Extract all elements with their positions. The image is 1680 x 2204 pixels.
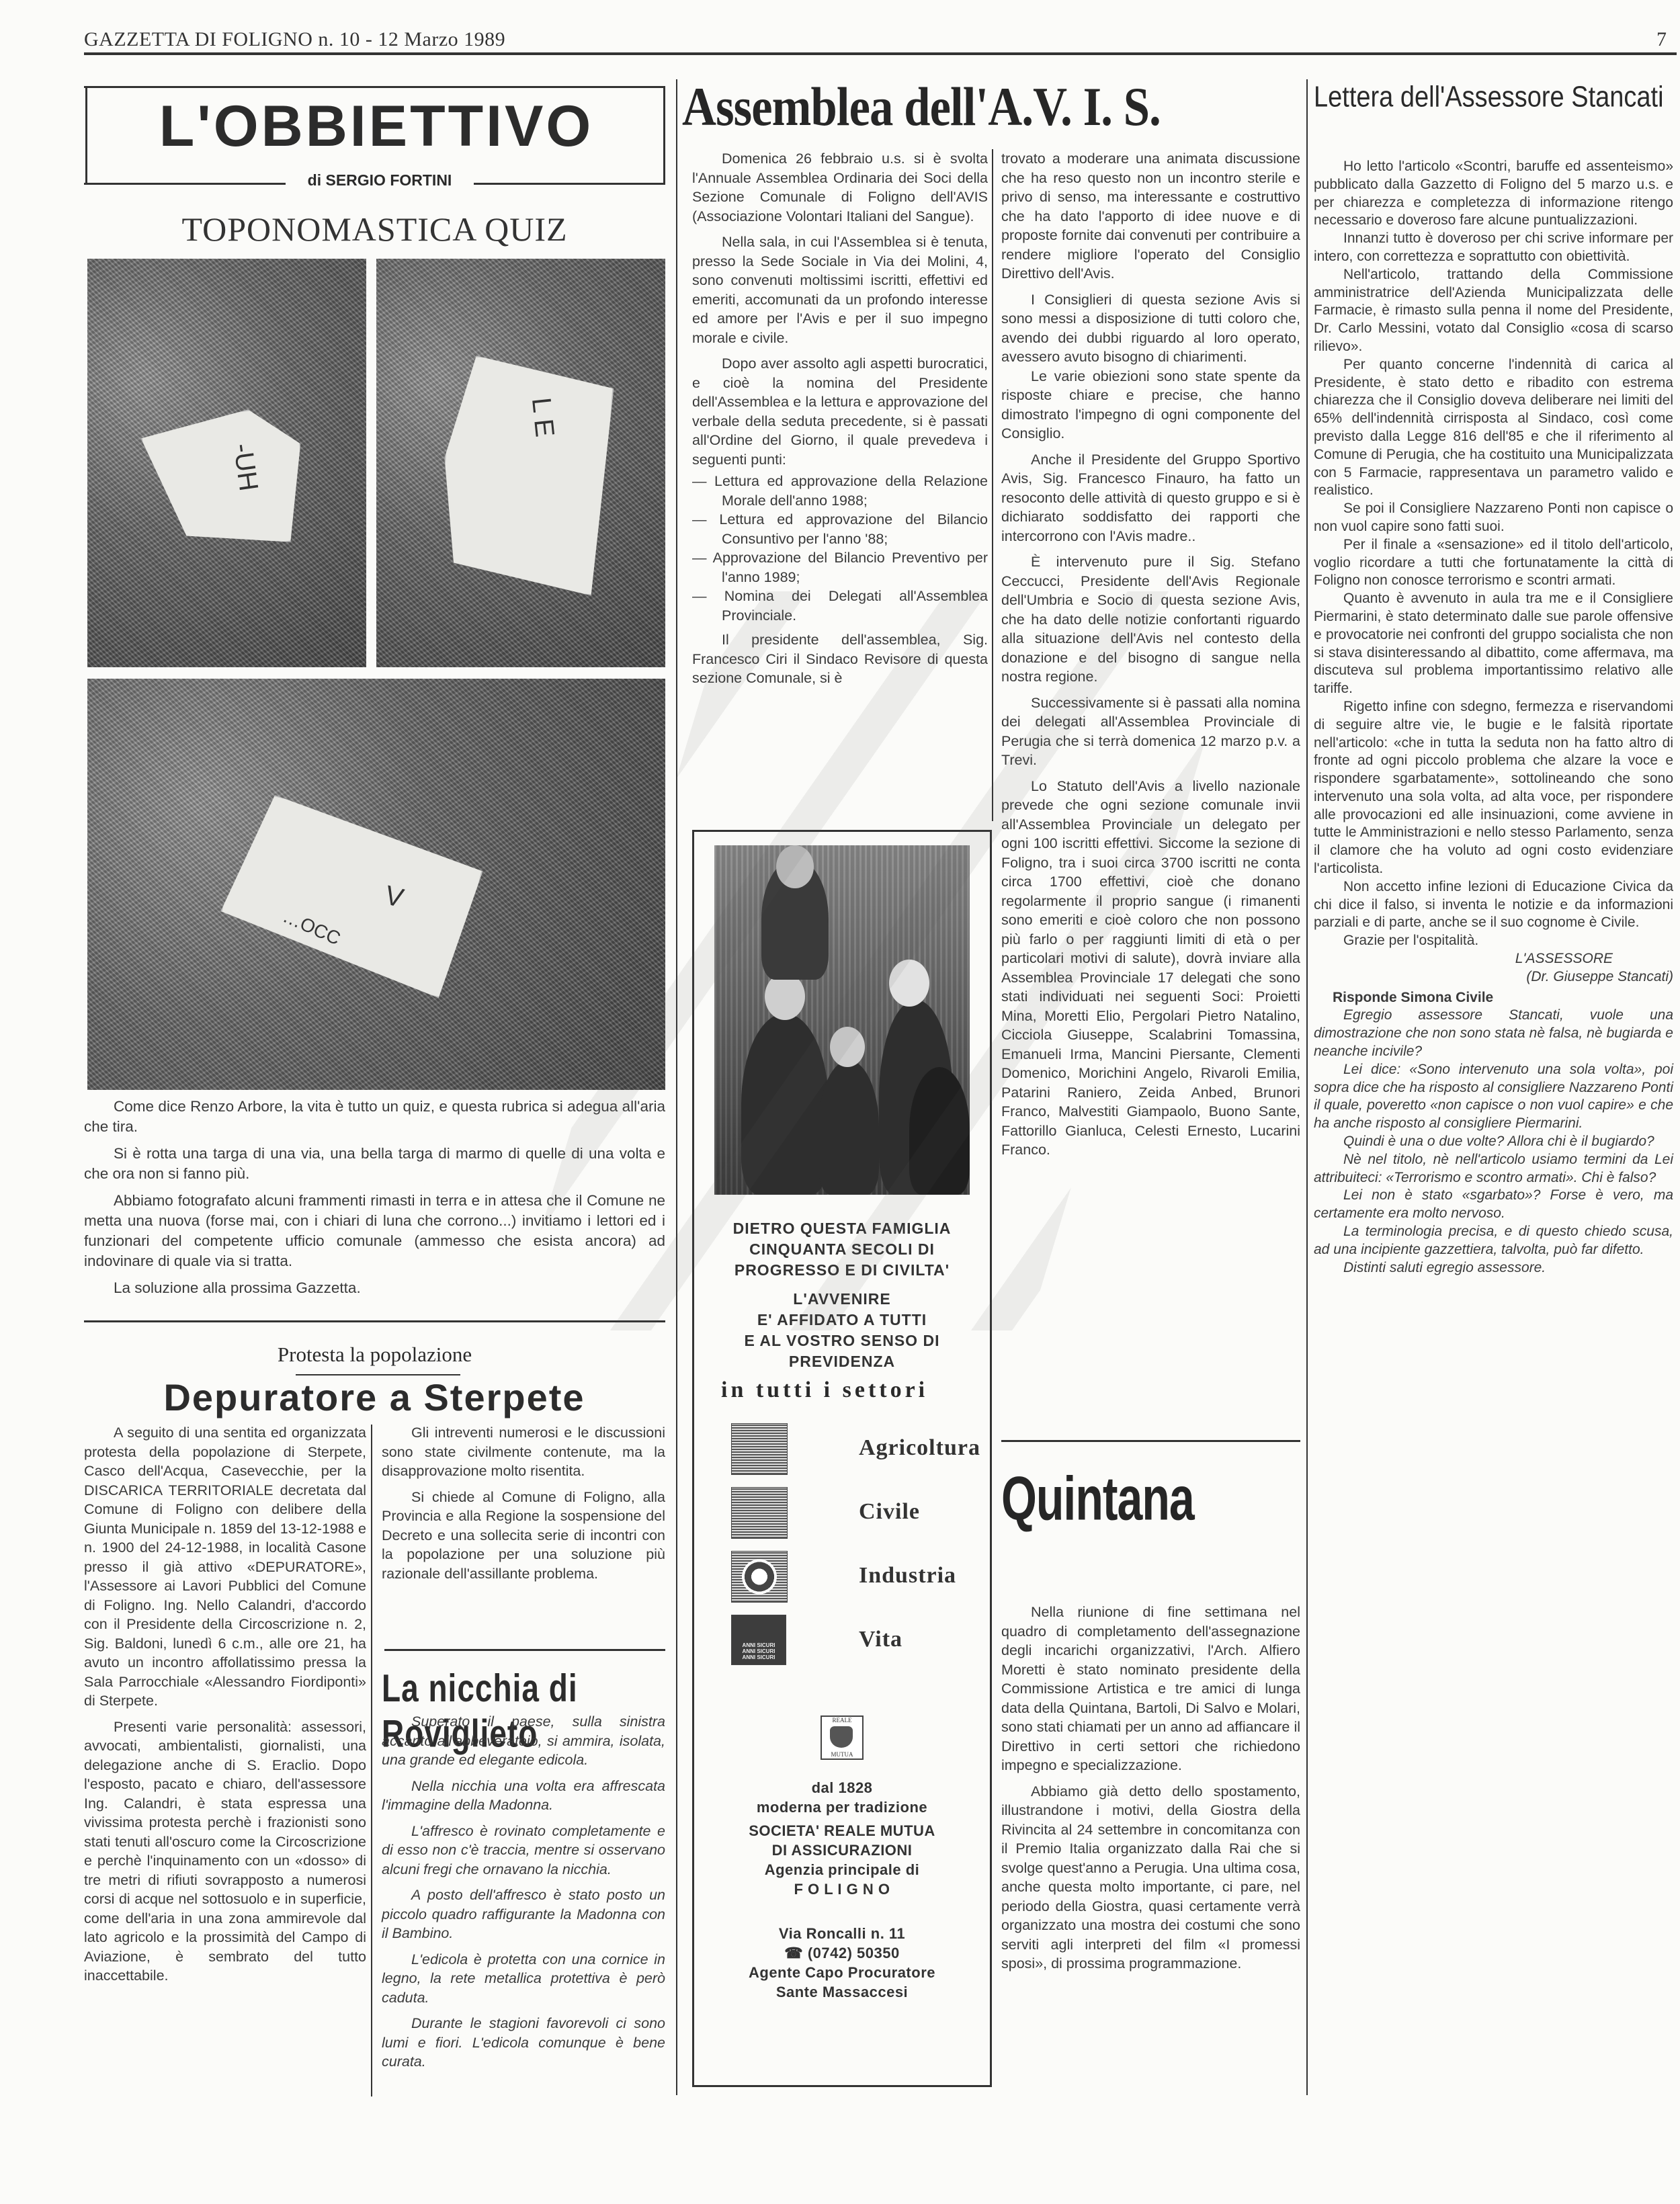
gear-icon xyxy=(731,1551,788,1603)
section-rule xyxy=(384,1649,665,1651)
reply-text: Egregio assessore Stancati, vuole una di… xyxy=(1314,1007,1673,1277)
agency-contact: Via Roncalli n. 11 ☎ (0742) 50350 Agente… xyxy=(694,1924,990,2002)
byline: di SERGIO FORTINI xyxy=(286,171,474,189)
family-illustration xyxy=(714,845,970,1195)
agenda-list: — Lettura ed approvazione della Relazion… xyxy=(692,472,988,625)
column-title: L'OBBIETTIVO xyxy=(91,93,662,160)
headline: Depuratore a Sterpete xyxy=(82,1377,667,1418)
letter-text: Ho letto l'articolo «Scontri, baruffe ed… xyxy=(1314,158,1673,1277)
signature-name: (Dr. Giuseppe Stancati) xyxy=(1314,968,1673,986)
anni-sicuri-icon: ANNI SICURI ANNI SICURI ANNI SICURI xyxy=(731,1615,786,1665)
tagline-2: L'AVVENIRE E' AFFIDATO A TUTTI E AL VOST… xyxy=(694,1289,990,1372)
reply-title: Risponde Simona Civile xyxy=(1314,989,1673,1007)
avis-col-1: Domenica 26 febbraio u.s. si è svolta l'… xyxy=(692,149,988,695)
signature-title: L'ASSESSORE xyxy=(1314,950,1673,968)
quintana-text: Nella riunione di fine settimana nel qua… xyxy=(1001,1603,1300,1980)
byline-rule-right xyxy=(474,183,665,185)
byline-rule-left xyxy=(84,183,286,185)
column-top-rule xyxy=(84,86,665,88)
reale-mutua-logo: REALE MUTUA xyxy=(821,1715,864,1760)
kicker: Protesta la popolazione xyxy=(84,1343,665,1367)
tree-icon xyxy=(731,1423,788,1475)
depuratore-col-1: A seguito di una sentita ed organizzata … xyxy=(84,1423,366,1992)
page-number: 7 xyxy=(1656,28,1667,51)
column-divider xyxy=(1306,79,1308,2095)
depuratore-col-2: Gli intreventi numerosi e le discussioni… xyxy=(382,1423,665,1590)
headline: Assemblea dell'A.V. I. S. xyxy=(682,75,1217,138)
photo-fragment-2: L E xyxy=(376,259,665,667)
telephone-icon: ☎ xyxy=(784,1945,808,1961)
kicker-rule xyxy=(296,1374,460,1375)
crest-icon xyxy=(830,1726,853,1748)
family-house-icon xyxy=(731,1487,788,1539)
column-divider xyxy=(992,149,993,821)
box-right-rule xyxy=(663,87,665,185)
headline: Quintana xyxy=(1001,1464,1194,1534)
nicchia-text: Superato il paese, sulla sinistra accant… xyxy=(382,1712,665,2078)
avis-col-2: trovato a moderare una animata discussio… xyxy=(1001,149,1300,1167)
column-divider xyxy=(371,1425,372,2096)
column-divider xyxy=(676,79,677,2095)
masthead-rule xyxy=(84,52,1677,55)
section-rule xyxy=(84,1320,665,1322)
quiz-text: Come dice Renzo Arbore, la vita è tutto … xyxy=(84,1097,665,1305)
masthead: GAZZETTA DI FOLIGNO n. 10 - 12 Marzo 198… xyxy=(84,28,505,51)
section-rule xyxy=(1001,1440,1300,1442)
photo-fragment-3: V …OCC xyxy=(87,679,665,1090)
phone-line: ☎ (0742) 50350 xyxy=(694,1943,990,1963)
box-left-rule xyxy=(85,87,87,185)
headline: TOPONOMASTICA QUIZ xyxy=(84,210,665,249)
sectors-title: in tutti i settori xyxy=(721,1377,970,1403)
tagline-1: DIETRO QUESTA FAMIGLIA CINQUANTA SECOLI … xyxy=(694,1218,990,1281)
photo-fragment-1: -UH xyxy=(87,259,366,667)
headline: Lettera dell'Assessore Stancati xyxy=(1314,79,1677,115)
reale-mutua-advert: DIETRO QUESTA FAMIGLIA CINQUANTA SECOLI … xyxy=(692,830,992,2087)
company-info: dal 1828 moderna per tradizione SOCIETA'… xyxy=(694,1778,990,1899)
